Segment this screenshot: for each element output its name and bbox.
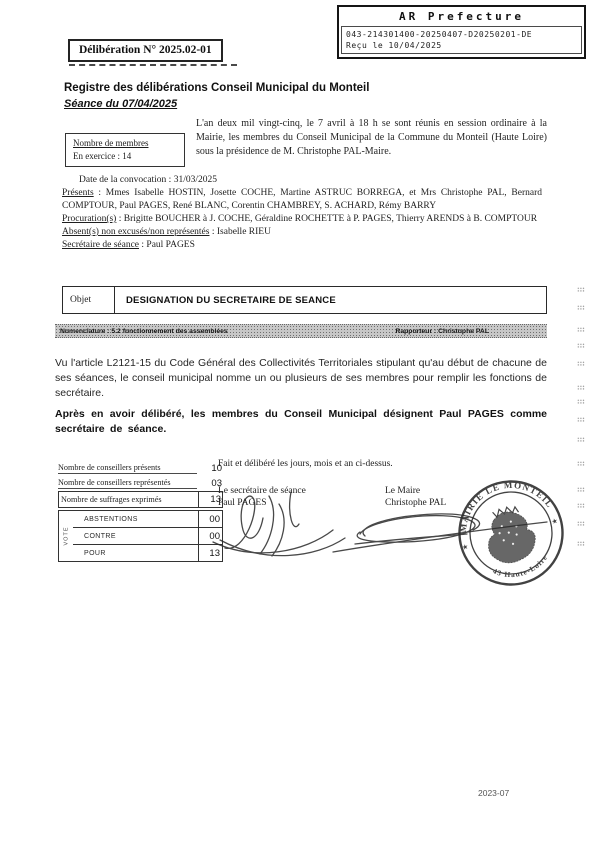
- table-row: ABSTENTIONS 00: [73, 511, 222, 528]
- seal-star-right-icon: ★: [551, 517, 559, 526]
- mayor-signer-name: Christophe PAL: [385, 497, 446, 509]
- scan-artifact: [577, 487, 585, 492]
- pour-value: 13: [198, 545, 222, 561]
- scan-artifact: [577, 399, 585, 404]
- fait-et-delibere-line: Fait et délibéré les jours, mois et an c…: [218, 459, 393, 469]
- mayor-signature-block: Le Maire Christophe PAL: [385, 485, 446, 509]
- town-hall-seal: MAIRIE LE MONTEIL 43 Haute-Loire ★ ★: [452, 474, 570, 592]
- members-count-label: Nombre de membres: [73, 137, 177, 150]
- table-row: CONTRE 00: [73, 528, 222, 545]
- objet-table: Objet DESIGNATION DU SECRETAIRE DE SEANC…: [62, 286, 547, 314]
- ar-prefecture-receipt: 043-214301400-20250407-D20250201-DE Reçu…: [341, 26, 582, 54]
- scan-artifact: [577, 287, 585, 292]
- absents-names: : Isabelle RIEU: [209, 227, 270, 237]
- seal-star-left-icon: ★: [461, 542, 469, 551]
- counselors-represented-label: Nombre de conseillers représentés: [58, 478, 197, 489]
- counselors-present-label: Nombre de conseillers présents: [58, 463, 197, 474]
- vote-results-table: Nombre de conseillers présents 10 Nombre…: [58, 459, 223, 562]
- contre-label: CONTRE: [73, 533, 198, 540]
- seal-crest-icon: [479, 502, 540, 568]
- presents-label: Présents: [62, 188, 94, 198]
- scan-artifact: [577, 461, 585, 466]
- scan-artifact: [577, 385, 585, 390]
- objet-label-cell: Objet: [63, 287, 115, 313]
- scan-artifact: [577, 361, 585, 366]
- footer-page-reference: 2023-07: [478, 788, 509, 798]
- dashed-divider: [69, 64, 237, 66]
- mayor-role: Le Maire: [385, 485, 446, 497]
- secretary-signer-name: Paul PAGES: [218, 497, 306, 509]
- procurations-names: : Brigitte BOUCHER à J. COCHE, Géraldine…: [116, 214, 537, 224]
- scan-artifact: [577, 541, 585, 546]
- scan-artifact: [577, 305, 585, 310]
- session-date-title: Séance du 07/04/2025: [64, 98, 177, 110]
- procurations-label: Procuration(s): [62, 214, 116, 224]
- convocation-date: Date de la convocation : 31/03/2025: [79, 175, 217, 185]
- members-count-box: Nombre de membres En exercice : 14: [65, 133, 185, 167]
- table-row: POUR 13: [73, 545, 222, 561]
- abstentions-label: ABSTENTIONS: [73, 516, 198, 523]
- secretary-role: Le secrétaire de séance: [218, 485, 306, 497]
- nomenclature-bar: Nomenclature : 5.2 fonctionnement des as…: [55, 324, 547, 338]
- scan-artifact: [577, 327, 585, 332]
- votes-breakdown-table: VOTE ABSTENTIONS 00 CONTRE 00 POUR 13: [58, 510, 223, 562]
- ar-prefecture-title: AR Prefecture: [341, 8, 582, 26]
- procurations-line: Procuration(s) : Brigitte BOUCHER à J. C…: [62, 213, 542, 226]
- secretary-label: Secrétaire de séance: [62, 240, 139, 250]
- deliberation-document-page: AR Prefecture 043-214301400-20250407-D20…: [0, 0, 595, 842]
- page-title: Registre des délibérations Conseil Munic…: [64, 82, 369, 94]
- scan-artifact: [577, 343, 585, 348]
- secretary-name: : Paul PAGES: [139, 240, 195, 250]
- scan-artifact: [577, 437, 585, 442]
- scan-artifact: [577, 417, 585, 422]
- decision-paragraph: Après en avoir délibéré, les membres du …: [55, 407, 547, 437]
- objet-value-cell: DESIGNATION DU SECRETAIRE DE SEANCE: [115, 287, 546, 313]
- pour-label: POUR: [73, 550, 198, 557]
- ar-code: 043-214301400-20250407-D20250201-DE: [346, 29, 577, 40]
- presents-line: Présents : Mmes Isabelle HOSTIN, Josette…: [62, 187, 542, 213]
- ar-prefecture-stamp: AR Prefecture 043-214301400-20250407-D20…: [337, 5, 586, 59]
- members-in-office: En exercice : 14: [73, 150, 177, 163]
- absents-line: Absent(s) non excusés/non représentés : …: [62, 226, 542, 239]
- session-intro-paragraph: L'an deux mil vingt-cinq, le 7 avril à 1…: [196, 117, 547, 158]
- presents-names: : Mmes Isabelle HOSTIN, Josette COCHE, M…: [62, 188, 542, 211]
- table-row: Nombre de suffrages exprimés 13: [58, 491, 223, 508]
- secretary-line: Secrétaire de séance : Paul PAGES: [62, 239, 542, 252]
- votes-cast-label: Nombre de suffrages exprimés: [59, 495, 198, 505]
- legal-basis-paragraph: Vu l'article L2121-15 du Code Général de…: [55, 356, 547, 400]
- abstentions-value: 00: [198, 511, 222, 527]
- contre-value: 00: [198, 528, 222, 544]
- votes-vertical-label: VOTE: [59, 511, 73, 561]
- attendance-block: Présents : Mmes Isabelle HOSTIN, Josette…: [62, 187, 542, 252]
- scan-artifact: [577, 521, 585, 526]
- deliberation-number-box: Délibération N° 2025.02-01: [68, 39, 223, 62]
- scan-artifact: [577, 503, 585, 508]
- ar-received-date: Reçu le 10/04/2025: [346, 40, 577, 51]
- rapporteur-text: Rapporteur : Christophe PAL: [395, 328, 489, 335]
- absents-label: Absent(s) non excusés/non représentés: [62, 227, 209, 237]
- table-row: Nombre de conseillers présents 10: [58, 459, 223, 474]
- secretary-signature-block: Le secrétaire de séance Paul PAGES: [218, 485, 306, 509]
- table-row: Nombre de conseillers représentés 03: [58, 474, 223, 489]
- nomenclature-text: Nomenclature : 5.2 fonctionnement des as…: [60, 328, 228, 335]
